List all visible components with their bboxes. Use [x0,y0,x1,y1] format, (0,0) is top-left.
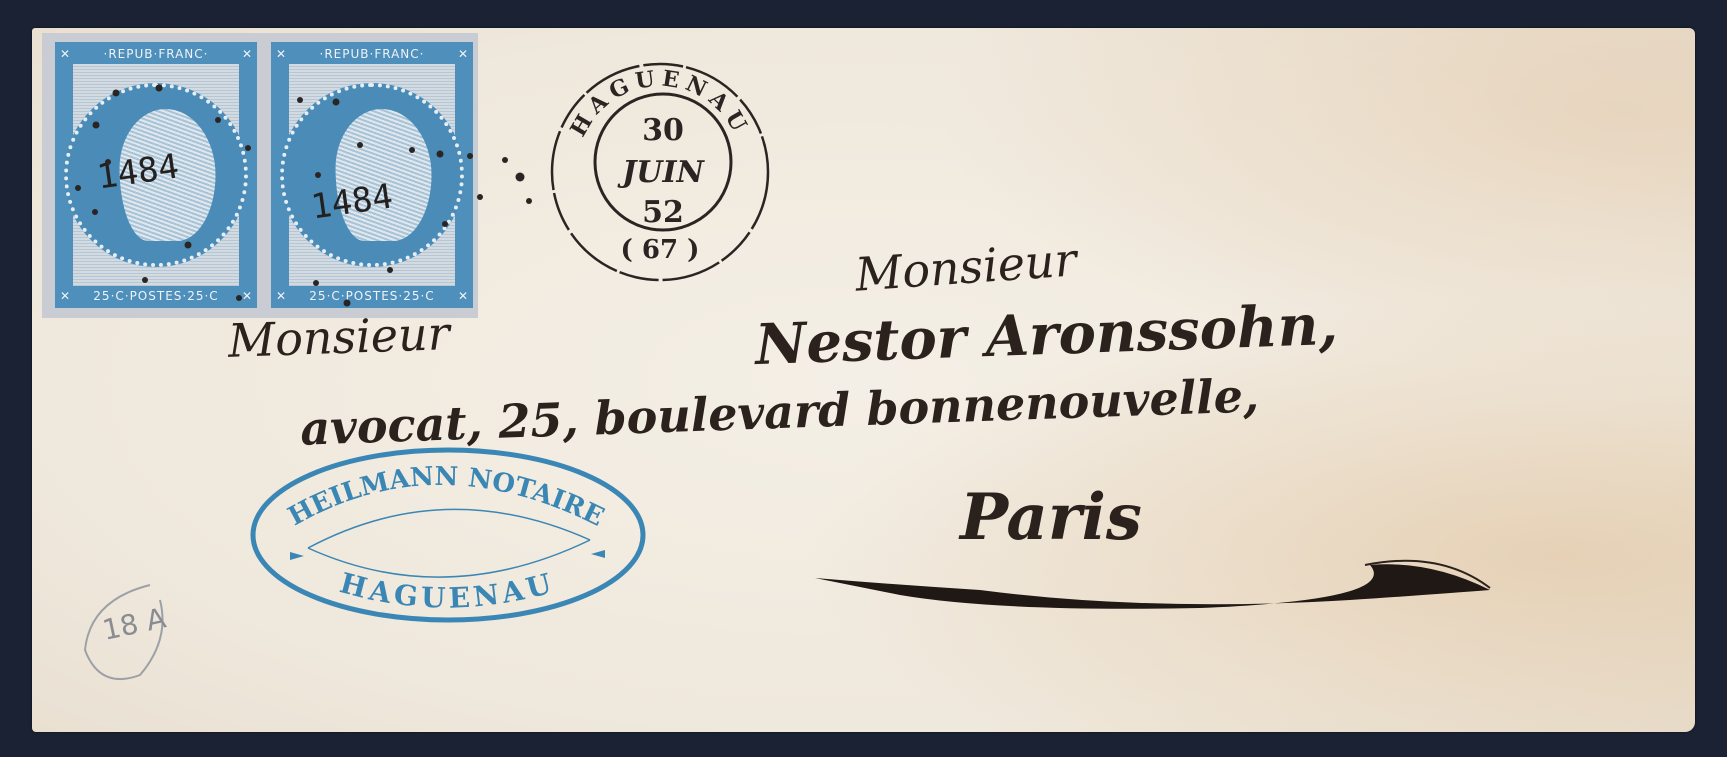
stamp-bottom-label: 25·C·POSTES·25·C [289,287,455,305]
stamp-bottom-label: 25·C·POSTES·25·C [73,287,239,305]
address-city: Paris [960,480,1142,555]
stamp-top-label: ·REPUB·FRANC· [289,45,455,63]
corner-cross-icon: ✕ [239,287,255,305]
corner-cross-icon: ✕ [455,287,471,305]
stamp-top-label: ·REPUB·FRANC· [73,45,239,63]
address-line-2-prefix: Monsieur [227,306,450,368]
stamp-pair: ✕ ✕ ✕ ✕ ·REPUB·FRANC· 25·C·POSTES·25·C 1… [42,33,478,318]
corner-cross-icon: ✕ [239,45,255,63]
stamp-left: ✕ ✕ ✕ ✕ ·REPUB·FRANC· 25·C·POSTES·25·C 1… [55,42,257,308]
corner-cross-icon: ✕ [273,287,289,305]
stamp-right: ✕ ✕ ✕ ✕ ·REPUB·FRANC· 25·C·POSTES·25·C 1… [271,42,473,308]
corner-cross-icon: ✕ [455,45,471,63]
corner-cross-icon: ✕ [57,287,73,305]
corner-cross-icon: ✕ [273,45,289,63]
corner-cross-icon: ✕ [57,45,73,63]
